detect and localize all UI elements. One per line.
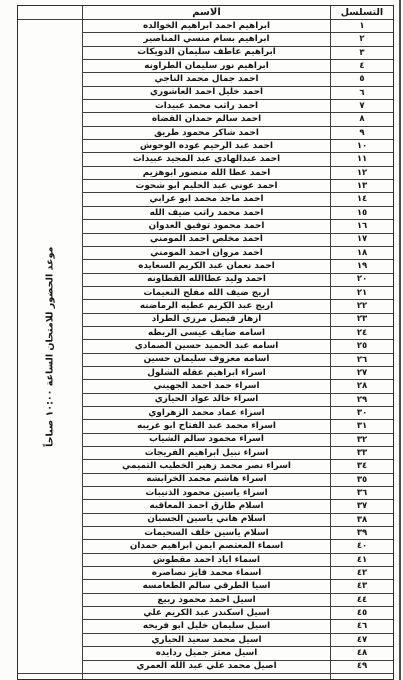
table-row-serial: ٣٥ [331,474,393,486]
table-row-serial: ٣٠ [331,407,393,419]
table-row-name: اسراء نبيل ابراهيم الفريجات [83,447,330,459]
exam-time-note-cell: موعد الحضور للامتحان الساعة ١٠:٠٠ صباحاً [18,20,82,673]
table-row-serial: ٥ [331,73,393,85]
table-row-serial: ٣٣ [331,447,393,459]
table-row-name: اسيل محمد سعيد الحياري [83,634,330,646]
table-row-name: اسراء محمود سالم الشياب [83,434,330,446]
table-row-name: احمد محمود توفيق العدوان [83,220,330,232]
table-row-serial: ٤٣ [331,580,393,592]
scanned-document-page: الاسم التسلسل موعد الحضور للامتحان الساع… [0,0,403,680]
table-row-serial: ٢٣ [331,314,393,326]
table-row-name: ابراهيم بسام منسي المناصير [83,33,330,45]
table-row-serial: ٢٢ [331,300,393,312]
table-row-serial: ٤٠ [331,540,393,552]
table-row-serial: ٢١ [331,287,393,299]
table-row-serial: ٣١ [331,420,393,432]
table-row-serial: ٤٧ [331,634,393,646]
table-row-serial: ٤١ [331,554,393,566]
table-row-serial: ١٠ [331,140,393,152]
table-row-serial: ١ [331,20,393,32]
table-row-serial: ١٩ [331,260,393,272]
table-row-serial: ١٧ [331,234,393,246]
table-row-serial: ٤٥ [331,607,393,619]
table-row-serial: ٨ [331,113,393,125]
table-row-serial: ٤٩ [331,661,393,673]
table-row-serial: ٣٤ [331,460,393,472]
table-row-name: احمد سالم حمدان القضاه [83,113,330,125]
table-row-serial: ٣ [331,47,393,59]
table-row-serial: ٧ [331,100,393,112]
table-row-name: اسيل اسكندر عبد الكريم علي [83,607,330,619]
table-row-name: اسلام هاني ياسين الحسبان [83,514,330,526]
table-row-name: اصيل محمد علي عبد الله العمري [83,661,330,673]
table-row-serial: ٢٦ [331,354,393,366]
table-row-serial: ٤٦ [331,620,393,632]
table-row-name: احمد مخلص احمد المومني [83,234,330,246]
table-row-name: اسيل احمد محمود ربيع [83,594,330,606]
table-row-serial: ١٤ [331,193,393,205]
table-row-name: اسراء نصر محمد زهير الخطيب التميمي [83,460,330,472]
table-row-name: اسراء ياسين محمود الذنيبات [83,487,330,499]
table-row-serial: ١١ [331,153,393,165]
table-row-serial: ٢٩ [331,394,393,406]
table-row-serial: ٤ [331,60,393,72]
table-row-serial: ٢٠ [331,274,393,286]
table-row-serial: ٤٨ [331,647,393,659]
table-row-name: احمد نعمان عبد الكريم السعايده [83,260,330,272]
side-column-header-cell [18,6,82,19]
table-row-serial: ٩ [331,127,393,139]
table-row-name: احمد جمال محمد الناجي [83,73,330,85]
exam-time-note: موعد الحضور للامتحان الساعة ١٠:٠٠ صباحاً [45,246,55,446]
table-row-serial: ١٨ [331,247,393,259]
table-row-serial: ٢٨ [331,380,393,392]
table-row-name: اسامه عبد الحميد حسين الصمادي [83,340,330,352]
table-row-name: احمد خليل احمد العاشوري [83,87,330,99]
table-row-name: اسامه ضايف عيسى الربطه [83,327,330,339]
table-row-name: اسامه معروف سليمان حسين [83,354,330,366]
table-row-name: احمد عطا الله منصور ابوهزيم [83,167,330,179]
table-row-serial: ٤٤ [331,594,393,606]
table-row-serial: ٢ [331,33,393,45]
table-row-serial: ١٣ [331,180,393,192]
table-row-name: اسيل معتز جميل ردايده [83,647,330,659]
table-row-name: احمد عوني عبد الحليم ابو شحوت [83,180,330,192]
table-row-name: اسماء محمد فايز نصاصره [83,567,330,579]
table-row-name: اريج عبد الكريم عطيه الرماضنه [83,300,330,312]
table-row-name: ابراهيم عاطف سليمان الدويكات [83,47,330,59]
table-row-name: احمد شاكر محمود طريق [83,127,330,139]
table-row-name: ابراهيم احمد ابراهيم الخوالده [83,20,330,32]
table-row-name: اسماء المعتصم ايمن ابراهيم حمدان [83,540,330,552]
page-edge-line [399,0,401,680]
table-row-name: احمد عبدالهادي عبد المجيد عبيدات [83,153,330,165]
table-row-name: اسلام ياسين خلف السحيمات [83,527,330,539]
table-row-name: ازهار فيصل مرزي الطراد [83,314,330,326]
table-row-serial: ٣٨ [331,514,393,526]
table-row-name: احمد وليد عطاالله القطاونه [83,274,330,286]
table-row-serial: ٣٩ [331,527,393,539]
table-row-name: اسراء حمد احمد الجهيني [83,380,330,392]
table-row-serial: ٢٥ [331,340,393,352]
table-row-name: احمد محمد راتب ضيف الله [83,207,330,219]
table-row-name: اسراء ابراهيم عقله الشلول [83,367,330,379]
table-row-name: ابراهيم نور سليمان الطراونه [83,60,330,72]
table-row-name: اريج ضيف الله مفلح النعيمات [83,287,330,299]
partial-row-name-cell [83,674,330,679]
table-row-name: اسيل سليمان خليل ابو فريحه [83,620,330,632]
table-row-name: اسراء هاشم محمد الخرابشه [83,474,330,486]
table-row-serial: ٣٦ [331,487,393,499]
table-row-serial: ١٦ [331,220,393,232]
table-row-name: اسماء اياد احمد مقطوش [83,554,330,566]
attendance-table: الاسم التسلسل موعد الحضور للامتحان الساع… [17,5,394,680]
table-row-name: احمد راتب محمد عبيدات [83,100,330,112]
table-row-name: احمد مروان احمد المومني [83,247,330,259]
table-row-name: اسلام طارق احمد المعاقبه [83,500,330,512]
partial-row-serial-cell [331,674,393,679]
table-row-serial: ٢٧ [331,367,393,379]
partial-row-side-cell [18,674,82,679]
table-row-serial: ٦ [331,87,393,99]
table-row-serial: ٢٤ [331,327,393,339]
serial-column-header: التسلسل [331,6,393,19]
table-row-serial: ٣٧ [331,500,393,512]
table-row-name: اسراء محمد عبد الفتاح ابو غريبه [83,420,330,432]
table-row-serial: ٣٢ [331,434,393,446]
table-row-serial: ١٥ [331,207,393,219]
table-row-name: احمد عبد الرحيم عوده الوحوش [83,140,330,152]
table-row-serial: ١٢ [331,167,393,179]
name-column-header: الاسم [83,6,330,19]
table-row-name: اسيا الطرقي سالم الطعامسه [83,580,330,592]
table-row-name: اسراء عماد محمد الزهراوي [83,407,330,419]
table-row-name: اسراء خالد عواد الحياري [83,394,330,406]
table-row-serial: ٤٢ [331,567,393,579]
table-row-name: احمد ماجد محمد ابو عرابي [83,193,330,205]
